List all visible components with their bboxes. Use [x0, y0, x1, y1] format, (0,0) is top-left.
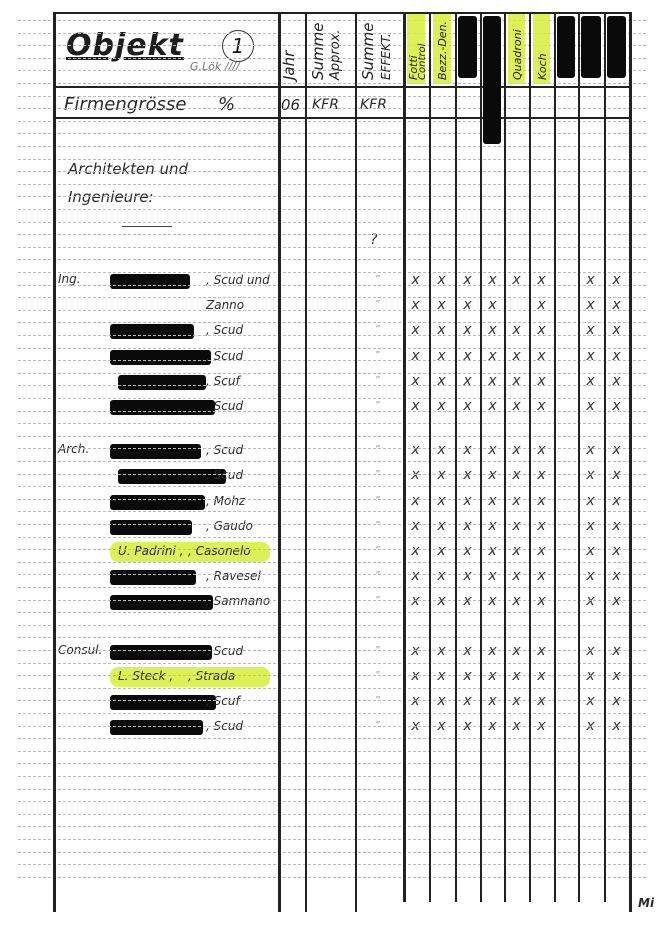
ruled-line: [18, 360, 646, 361]
footer-initials: Mi: [638, 896, 654, 910]
ditto-mark: ”: [354, 545, 402, 556]
check-mark: x: [529, 493, 554, 509]
check-mark: x: [480, 442, 505, 458]
redacted-column-header: [607, 16, 626, 78]
check-mark: x: [578, 467, 603, 483]
ruled-line: [18, 499, 646, 500]
ruled-line: [18, 423, 646, 424]
check-mark: x: [578, 493, 603, 509]
check-mark: x: [455, 493, 480, 509]
column-header-summe-effekt-sub: EFFEKT.: [380, 33, 392, 80]
ruled-line: [18, 411, 646, 412]
check-mark: x: [403, 348, 428, 364]
check-mark: x: [529, 593, 554, 609]
ruled-line: [18, 259, 646, 260]
ruled-line: [18, 108, 646, 109]
check-mark: x: [429, 373, 454, 389]
ruled-line: [18, 373, 646, 374]
header-divider: [53, 86, 632, 88]
ruled-line: [18, 776, 646, 777]
ruled-line: [18, 96, 646, 97]
section-underline: [122, 226, 172, 227]
check-mark: x: [529, 442, 554, 458]
year-value: 06: [281, 96, 300, 114]
ruled-line: [18, 700, 646, 701]
check-mark: x: [429, 348, 454, 364]
group-prefix: Ing.: [58, 272, 81, 286]
check-mark: x: [578, 442, 603, 458]
check-mark: x: [480, 518, 505, 534]
ruled-line: [18, 826, 646, 827]
check-mark: x: [529, 693, 554, 709]
ditto-mark: ”: [354, 350, 402, 361]
check-mark: x: [504, 568, 529, 584]
ruled-line: [18, 625, 646, 626]
ruled-line: [18, 171, 646, 172]
ruled-line: [18, 675, 646, 676]
ruled-line: [18, 196, 646, 197]
redacted-column-header: [483, 16, 501, 144]
column-divider: [429, 12, 431, 902]
effekt-value: KFR: [360, 97, 387, 113]
ruled-line: [18, 222, 646, 223]
place-name: , Scud: [206, 468, 243, 482]
check-mark: x: [529, 518, 554, 534]
check-mark: x: [455, 442, 480, 458]
check-mark: x: [403, 593, 428, 609]
check-mark: x: [578, 518, 603, 534]
redacted-column-header: [581, 16, 601, 78]
ruled-line: [18, 448, 646, 449]
check-mark: x: [604, 442, 629, 458]
place-name: , Mohz: [206, 494, 245, 508]
subheader-divider: [53, 117, 632, 119]
check-mark: x: [480, 348, 505, 364]
check-mark: x: [504, 518, 529, 534]
ruled-line: [18, 738, 646, 739]
ruled-line: [18, 272, 646, 273]
approx-value: KFR: [312, 97, 339, 113]
check-mark: x: [604, 467, 629, 483]
place-name: , Scuf: [206, 694, 240, 708]
ditto-mark: ”: [354, 495, 402, 506]
ruled-line: [18, 524, 646, 525]
ditto-mark: ”: [354, 570, 402, 581]
ruled-line: [18, 20, 646, 21]
check-mark: x: [429, 442, 454, 458]
check-mark: x: [529, 373, 554, 389]
check-mark: x: [578, 348, 603, 364]
ruled-line: [18, 486, 646, 487]
check-mark: x: [480, 693, 505, 709]
check-mark: x: [529, 543, 554, 559]
ruled-line: [18, 159, 646, 160]
column-header-person-sub: Control: [417, 44, 429, 80]
check-mark: x: [455, 593, 480, 609]
redacted-name: [110, 400, 215, 415]
column-header-summe-approx: Summe: [312, 23, 324, 80]
subnote: G.Lök ////: [190, 60, 240, 73]
ruled-line: [18, 600, 646, 601]
ditto-mark: ”: [354, 444, 402, 455]
check-mark: x: [455, 373, 480, 389]
check-mark: x: [403, 373, 428, 389]
ruled-line: [18, 814, 646, 815]
redacted-name: [110, 570, 196, 585]
column-header-person: Bezz.-Den.: [437, 21, 449, 80]
ruled-line: [18, 650, 646, 651]
ruled-line: [18, 511, 646, 512]
redacted-name: [110, 520, 192, 535]
ruled-line: [18, 348, 646, 349]
redacted-name: [110, 695, 216, 710]
check-mark: x: [480, 543, 505, 559]
ruled-line: [18, 335, 646, 336]
check-mark: x: [480, 593, 505, 609]
column-header-person: Quadroni: [512, 29, 524, 80]
column-divider: [403, 12, 406, 902]
redacted-name: [110, 274, 190, 289]
check-mark: x: [604, 693, 629, 709]
ruled-line: [18, 574, 646, 575]
column-divider: [53, 12, 56, 912]
check-mark: x: [429, 543, 454, 559]
ruled-line: [18, 146, 646, 147]
check-mark: x: [403, 518, 428, 534]
check-mark: x: [504, 442, 529, 458]
ruled-line: [18, 209, 646, 210]
person-name: U. Padrini ,: [118, 544, 183, 558]
ditto-mark: ”: [354, 299, 402, 310]
ruled-line: [18, 310, 646, 311]
ditto-mark: ”: [354, 400, 402, 411]
ditto-mark: ”: [354, 324, 402, 335]
firmengroesse-label: Firmengrösse: [64, 94, 186, 115]
place-name: , Scud: [206, 443, 243, 457]
place-name: , Ravesel: [206, 569, 261, 583]
column-header-summe-approx-sub: Approx.: [330, 29, 342, 80]
column-divider: [504, 12, 506, 902]
column-divider: [604, 12, 606, 902]
column-divider: [480, 12, 482, 902]
ruled-line: [18, 184, 646, 185]
check-mark: x: [455, 348, 480, 364]
column-header-person: Koch: [537, 53, 549, 80]
check-mark: x: [604, 593, 629, 609]
check-mark: x: [455, 693, 480, 709]
column-header-summe-effekt: Summe: [362, 23, 374, 80]
column-divider: [305, 12, 307, 912]
check-mark: x: [578, 568, 603, 584]
check-mark: x: [429, 568, 454, 584]
ruled-line: [18, 133, 646, 134]
section-heading-line1: Architekten und: [68, 160, 188, 178]
redacted-name: [110, 495, 205, 510]
ruled-line: [18, 877, 646, 878]
column-divider: [455, 12, 457, 902]
check-mark: x: [504, 348, 529, 364]
redacted-name: [110, 350, 211, 365]
column-divider: [554, 12, 556, 902]
check-mark: x: [504, 543, 529, 559]
check-mark: x: [604, 348, 629, 364]
ruled-line: [18, 801, 646, 802]
ruled-line: [18, 587, 646, 588]
check-mark: x: [403, 467, 428, 483]
check-mark: x: [578, 373, 603, 389]
column-divider: [578, 12, 580, 902]
ditto-mark: ”: [354, 520, 402, 531]
check-mark: x: [480, 467, 505, 483]
ruled-line: [18, 537, 646, 538]
redacted-column-header: [458, 16, 477, 78]
check-mark: x: [578, 543, 603, 559]
ruled-line: [18, 297, 646, 298]
ruled-line: [18, 864, 646, 865]
redacted-name: [110, 595, 213, 610]
check-mark: x: [429, 467, 454, 483]
ruled-line: [18, 549, 646, 550]
form-sheet: Objekt 1 G.Lök //// Firmengrösse % 06 KF…: [0, 0, 665, 935]
check-mark: x: [504, 373, 529, 389]
ruled-line: [18, 436, 646, 437]
ruled-line: [18, 637, 646, 638]
check-mark: x: [429, 493, 454, 509]
redacted-name: [110, 444, 201, 459]
ruled-line: [18, 285, 646, 286]
ruled-line: [18, 562, 646, 563]
check-mark: x: [403, 568, 428, 584]
check-mark: x: [529, 467, 554, 483]
check-mark: x: [578, 593, 603, 609]
check-mark: x: [504, 493, 529, 509]
redacted-name: [110, 645, 212, 660]
ruled-line: [18, 83, 646, 84]
redacted-column-header: [557, 16, 575, 78]
check-mark: x: [604, 568, 629, 584]
check-mark: x: [529, 568, 554, 584]
check-mark: x: [455, 467, 480, 483]
redacted-name: [118, 375, 206, 390]
check-mark: x: [480, 568, 505, 584]
check-mark: x: [429, 693, 454, 709]
check-mark: x: [455, 568, 480, 584]
ruled-line: [18, 322, 646, 323]
ruled-line: [18, 726, 646, 727]
check-mark: x: [604, 518, 629, 534]
check-mark: x: [529, 348, 554, 364]
check-mark: x: [504, 693, 529, 709]
check-mark: x: [480, 373, 505, 389]
ruled-line: [18, 247, 646, 248]
place-name: , Casonelo: [188, 544, 251, 558]
check-mark: x: [604, 373, 629, 389]
check-mark: x: [403, 442, 428, 458]
ruled-line: [18, 763, 646, 764]
check-mark: x: [578, 693, 603, 709]
redacted-name: [110, 720, 203, 735]
check-mark: x: [480, 493, 505, 509]
redacted-name: [110, 324, 194, 339]
ruled-line: [18, 663, 646, 664]
ruled-line: [18, 461, 646, 462]
ruled-line: [18, 474, 646, 475]
check-mark: x: [403, 493, 428, 509]
check-mark: x: [455, 543, 480, 559]
check-mark: x: [429, 593, 454, 609]
ruled-line: [18, 789, 646, 790]
check-mark: x: [455, 518, 480, 534]
ditto-mark: ”: [354, 274, 402, 285]
column-header-jahr: Jahr: [283, 51, 295, 80]
place-name: , Samnano: [206, 594, 270, 608]
check-mark: x: [429, 518, 454, 534]
check-mark: x: [403, 543, 428, 559]
column-divider: [278, 12, 281, 912]
column-divider: [529, 12, 531, 902]
column-divider: [629, 12, 632, 912]
check-mark: x: [604, 543, 629, 559]
ruled-line: [18, 852, 646, 853]
ruled-line: [18, 751, 646, 752]
ruled-line: [18, 839, 646, 840]
check-mark: x: [604, 493, 629, 509]
check-mark: x: [504, 467, 529, 483]
check-mark: x: [403, 693, 428, 709]
place-name: , Gaudo: [206, 519, 253, 533]
ruled-line: [18, 234, 646, 235]
column-divider: [355, 12, 357, 912]
ruled-line: [18, 688, 646, 689]
ruled-line: [18, 398, 646, 399]
ruled-line: [18, 713, 646, 714]
ruled-line: [18, 385, 646, 386]
ruled-line: [18, 612, 646, 613]
firmengroesse-unit: %: [218, 94, 235, 115]
section-heading-line2: Ingenieure:: [68, 188, 154, 206]
group-prefix: Arch.: [58, 442, 89, 456]
check-mark: x: [504, 593, 529, 609]
ruled-line: [18, 121, 646, 122]
